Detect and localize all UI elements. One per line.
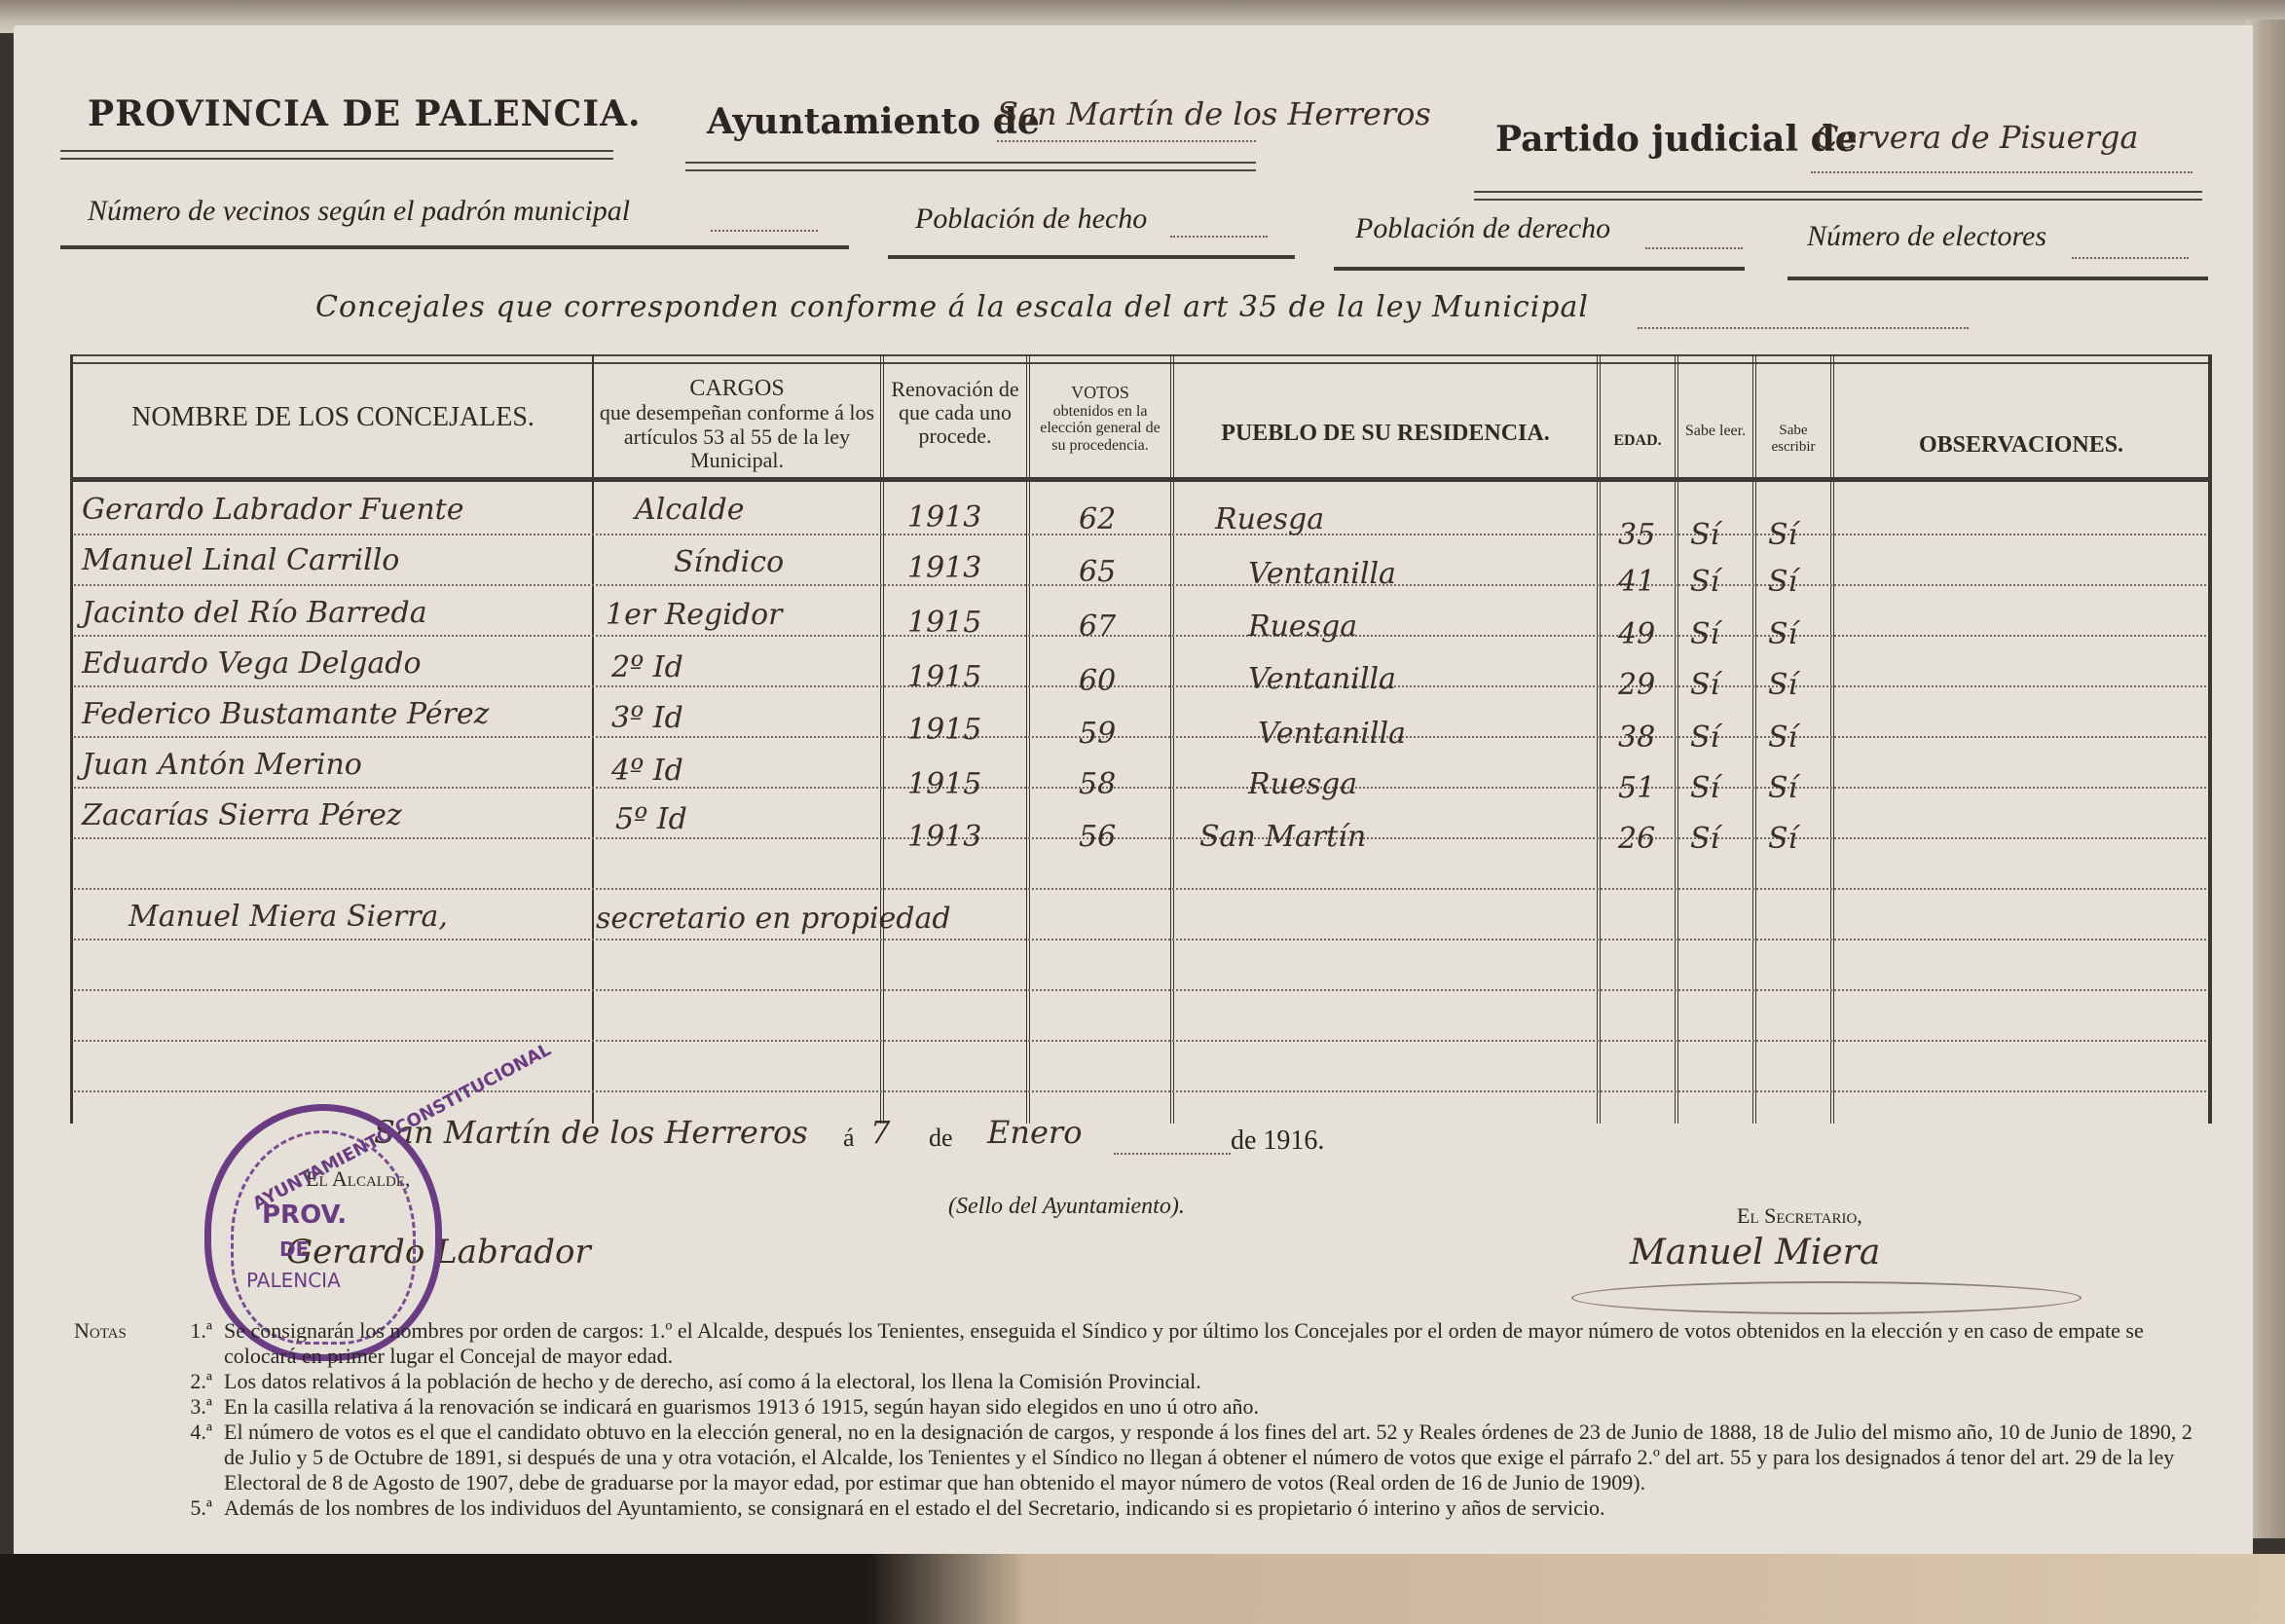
note-num: 3.ª [144, 1394, 224, 1420]
col-header-pueblo: PUEBLO DE SU RESIDENCIA. [1176, 421, 1595, 446]
note-num: 4.ª [144, 1420, 224, 1495]
poblacion-derecho-field[interactable] [1645, 247, 1743, 249]
note-num: 1.ª [144, 1318, 224, 1369]
row-divider [74, 685, 2206, 687]
row-divider [74, 736, 2206, 738]
note-item: 2.ªLos datos relativos á la población de… [144, 1369, 2208, 1394]
cell-edad: 26 [1618, 822, 1655, 856]
cell-pueblo: Ruesga [1248, 767, 1357, 801]
row-divider [74, 787, 2206, 789]
cell-renovacion: 1913 [907, 500, 981, 535]
footer-year: de 1916. [1231, 1126, 1324, 1157]
cell-leer: Sí [1690, 822, 1719, 856]
cell-votos: 56 [1079, 820, 1116, 854]
electores-label: Número de electores [1807, 220, 2046, 253]
ayuntamiento-label: Ayuntamiento de [707, 101, 1040, 142]
col-header-nombre: NOMBRE DE LOS CONCEJALES. [80, 403, 586, 433]
cell-pueblo: Ruesga [1215, 502, 1324, 536]
col-header-edad: EDAD. [1601, 432, 1675, 450]
concejales-field[interactable] [1638, 327, 1969, 329]
cell-votos: 62 [1079, 502, 1116, 536]
cell-escribir: Sí [1768, 822, 1797, 856]
footer-day: 7 [870, 1114, 890, 1151]
cell-renovacion: 1915 [907, 660, 981, 694]
table-top-border [70, 354, 2212, 364]
row-divider [74, 837, 2206, 839]
cell-leer: Sí [1690, 720, 1719, 755]
row-divider [74, 584, 2206, 586]
cell-edad: 35 [1618, 518, 1655, 552]
vecinos-label: Número de vecinos según el padrón munici… [88, 195, 630, 228]
cell-nombre: Manuel Linal Carrillo [82, 543, 399, 577]
cell-renovacion: 1915 [907, 767, 981, 801]
note-text: Además de los nombres de los individuos … [224, 1495, 2208, 1521]
cell-escribir: Sí [1768, 617, 1797, 651]
document-page: PROVINCIA DE PALENCIA. Ayuntamiento de S… [14, 25, 2253, 1554]
cell-renovacion: 1913 [907, 820, 981, 854]
cell-nombre: Juan Antón Merino [82, 748, 362, 782]
divider [60, 245, 849, 249]
cell-edad: 41 [1618, 565, 1655, 599]
cell-votos: 67 [1079, 609, 1116, 644]
cell-edad: 38 [1618, 720, 1655, 755]
divider [888, 255, 1295, 259]
footer-month-line [1114, 1153, 1231, 1155]
col-header-observaciones: OBSERVACIONES. [1836, 432, 2206, 458]
col-divider [1675, 354, 1678, 1124]
cell-edad: 51 [1618, 771, 1655, 805]
cell-edad: 29 [1618, 668, 1655, 702]
col-divider [70, 354, 73, 1124]
partido-field-line [1811, 171, 2193, 173]
note-text: Se consignarán los nombres por orden de … [224, 1318, 2208, 1369]
cell-cargo: 2º Id [611, 650, 683, 684]
secretary-name: Manuel Miera Sierra, [129, 900, 448, 934]
partido-value: Cervera de Pisuerga [1815, 119, 2138, 156]
cell-cargo: 5º Id [615, 802, 687, 836]
cell-pueblo: Ventanilla [1248, 557, 1396, 591]
cell-cargo: Síndico [674, 545, 784, 579]
note-num: 5.ª [144, 1495, 224, 1521]
row-divider [74, 1090, 2206, 1092]
cell-renovacion: 1915 [907, 606, 981, 640]
col-header-votos: VOTOS obtenidos en la elección general d… [1032, 384, 1168, 455]
cell-nombre: Zacarías Sierra Pérez [82, 798, 402, 832]
row-divider [74, 989, 2206, 991]
row-divider [74, 1040, 2206, 1042]
note-item: 4.ªEl número de votos es el que el candi… [144, 1420, 2208, 1495]
col-header-cargos-title: CARGOS [596, 376, 878, 401]
divider [1787, 277, 2208, 280]
col-header-leer: Sabe leer. [1680, 423, 1751, 440]
cell-nombre: Eduardo Vega Delgado [82, 646, 422, 681]
footer-de: de [929, 1124, 953, 1153]
note-item: 5.ªAdemás de los nombres de los individu… [144, 1495, 2208, 1521]
ayuntamiento-field-line [997, 140, 1256, 142]
col-header-renovacion: Renovación de que cada uno procede. [886, 378, 1024, 449]
cell-escribir: Sí [1768, 565, 1797, 599]
cell-edad: 49 [1618, 617, 1655, 651]
divider [1334, 267, 1745, 271]
cell-leer: Sí [1690, 771, 1719, 805]
poblacion-hecho-field[interactable] [1170, 236, 1268, 238]
footer-place: San Martín de los Herreros [374, 1114, 808, 1151]
cell-nombre: Gerardo Labrador Fuente [82, 493, 464, 527]
signature-flourish [1571, 1281, 2082, 1314]
vecinos-field[interactable] [711, 230, 818, 232]
row-divider [74, 888, 2206, 890]
notes-section: Notas 1.ªSe consignarán los nombres por … [76, 1318, 2208, 1521]
note-num: 2.ª [144, 1369, 224, 1394]
col-divider [2208, 354, 2212, 1124]
cell-pueblo: Ventanilla [1248, 662, 1396, 696]
stamp-palencia: PALENCIA [246, 1269, 341, 1292]
book-edge-bottom [0, 1554, 2285, 1624]
col-divider [592, 354, 594, 1124]
cell-renovacion: 1915 [907, 713, 981, 747]
note-item: 3.ªEn la casilla relativa á la renovació… [144, 1394, 2208, 1420]
col-divider [1597, 354, 1601, 1124]
province-title: PROVINCIA DE PALENCIA. [88, 93, 642, 134]
footer-a: á [843, 1124, 855, 1153]
col-header-cargos-sub: que desempeñan conforme á los artículos … [596, 401, 878, 472]
divider [1474, 191, 2202, 201]
partido-label: Partido judicial de [1495, 119, 1858, 160]
cell-votos: 59 [1079, 717, 1116, 751]
row-divider [74, 939, 2206, 941]
row-divider [74, 635, 2206, 637]
cell-escribir: Sí [1768, 720, 1797, 755]
note-text: El número de votos es el que el candidat… [224, 1420, 2208, 1495]
cell-renovacion: 1913 [907, 551, 981, 585]
poblacion-derecho-label: Población de derecho [1355, 212, 1610, 245]
cell-nombre: Jacinto del Río Barreda [82, 596, 427, 630]
col-header-votos-title: VOTOS [1032, 384, 1168, 403]
row-divider [74, 534, 2206, 535]
concejales-label: Concejales que corresponden conforme á l… [315, 290, 1589, 324]
electores-field[interactable] [2072, 257, 2189, 259]
note-item: 1.ªSe consignarán los nombres por orden … [144, 1318, 2208, 1369]
secretario-signature: Manuel Miera [1630, 1233, 1880, 1273]
col-divider [880, 354, 884, 1124]
cell-leer: Sí [1690, 668, 1719, 702]
cell-leer: Sí [1690, 565, 1719, 599]
cell-votos: 60 [1079, 664, 1116, 698]
concejales-table: NOMBRE DE LOS CONCEJALES. CARGOS que des… [70, 354, 2212, 1124]
col-divider [1830, 354, 1834, 1124]
sello-label: (Sello del Ayuntamiento). [948, 1194, 1185, 1220]
ayuntamiento-value: San Martín de los Herreros [997, 95, 1431, 132]
cell-votos: 58 [1079, 767, 1116, 801]
cell-cargo: Alcalde [635, 493, 745, 527]
col-divider [1026, 354, 1030, 1124]
cell-escribir: Sí [1768, 771, 1797, 805]
col-divider [1752, 354, 1756, 1124]
cell-leer: Sí [1690, 617, 1719, 651]
secretario-label: El Secretario, [1737, 1203, 1862, 1229]
col-divider [1170, 354, 1174, 1124]
cell-pueblo: Ruesga [1248, 609, 1357, 644]
cell-escribir: Sí [1768, 518, 1797, 552]
cell-escribir: Sí [1768, 668, 1797, 702]
cell-cargo: 3º Id [611, 701, 683, 735]
note-text: Los datos relativos á la población de he… [224, 1369, 2208, 1394]
cell-cargo: 4º Id [611, 754, 683, 788]
note-text: En la casilla relativa á la renovación s… [224, 1394, 2208, 1420]
col-header-escribir: Sabe escribir [1758, 423, 1828, 455]
col-header-votos-sub: obtenidos en la elección general de su p… [1032, 403, 1168, 455]
cell-pueblo: San Martín [1199, 820, 1366, 854]
secretary-status: secretario en propiedad [596, 902, 951, 936]
poblacion-hecho-label: Población de hecho [915, 203, 1147, 236]
notes-title: Notas [74, 1318, 127, 1344]
stamp-de: DE [279, 1237, 309, 1261]
divider [60, 150, 613, 160]
footer-month: Enero [987, 1114, 1082, 1151]
col-header-cargos: CARGOS que desempeñan conforme á los art… [596, 376, 878, 472]
divider [685, 162, 1256, 171]
cell-cargo: 1er Regidor [606, 598, 782, 632]
cell-pueblo: Ventanilla [1258, 717, 1406, 751]
cell-leer: Sí [1690, 518, 1719, 552]
header-divider [70, 477, 2212, 482]
stamp-prov: PROV. [262, 1200, 347, 1230]
cell-votos: 65 [1079, 555, 1116, 589]
cell-nombre: Federico Bustamante Pérez [82, 697, 489, 731]
